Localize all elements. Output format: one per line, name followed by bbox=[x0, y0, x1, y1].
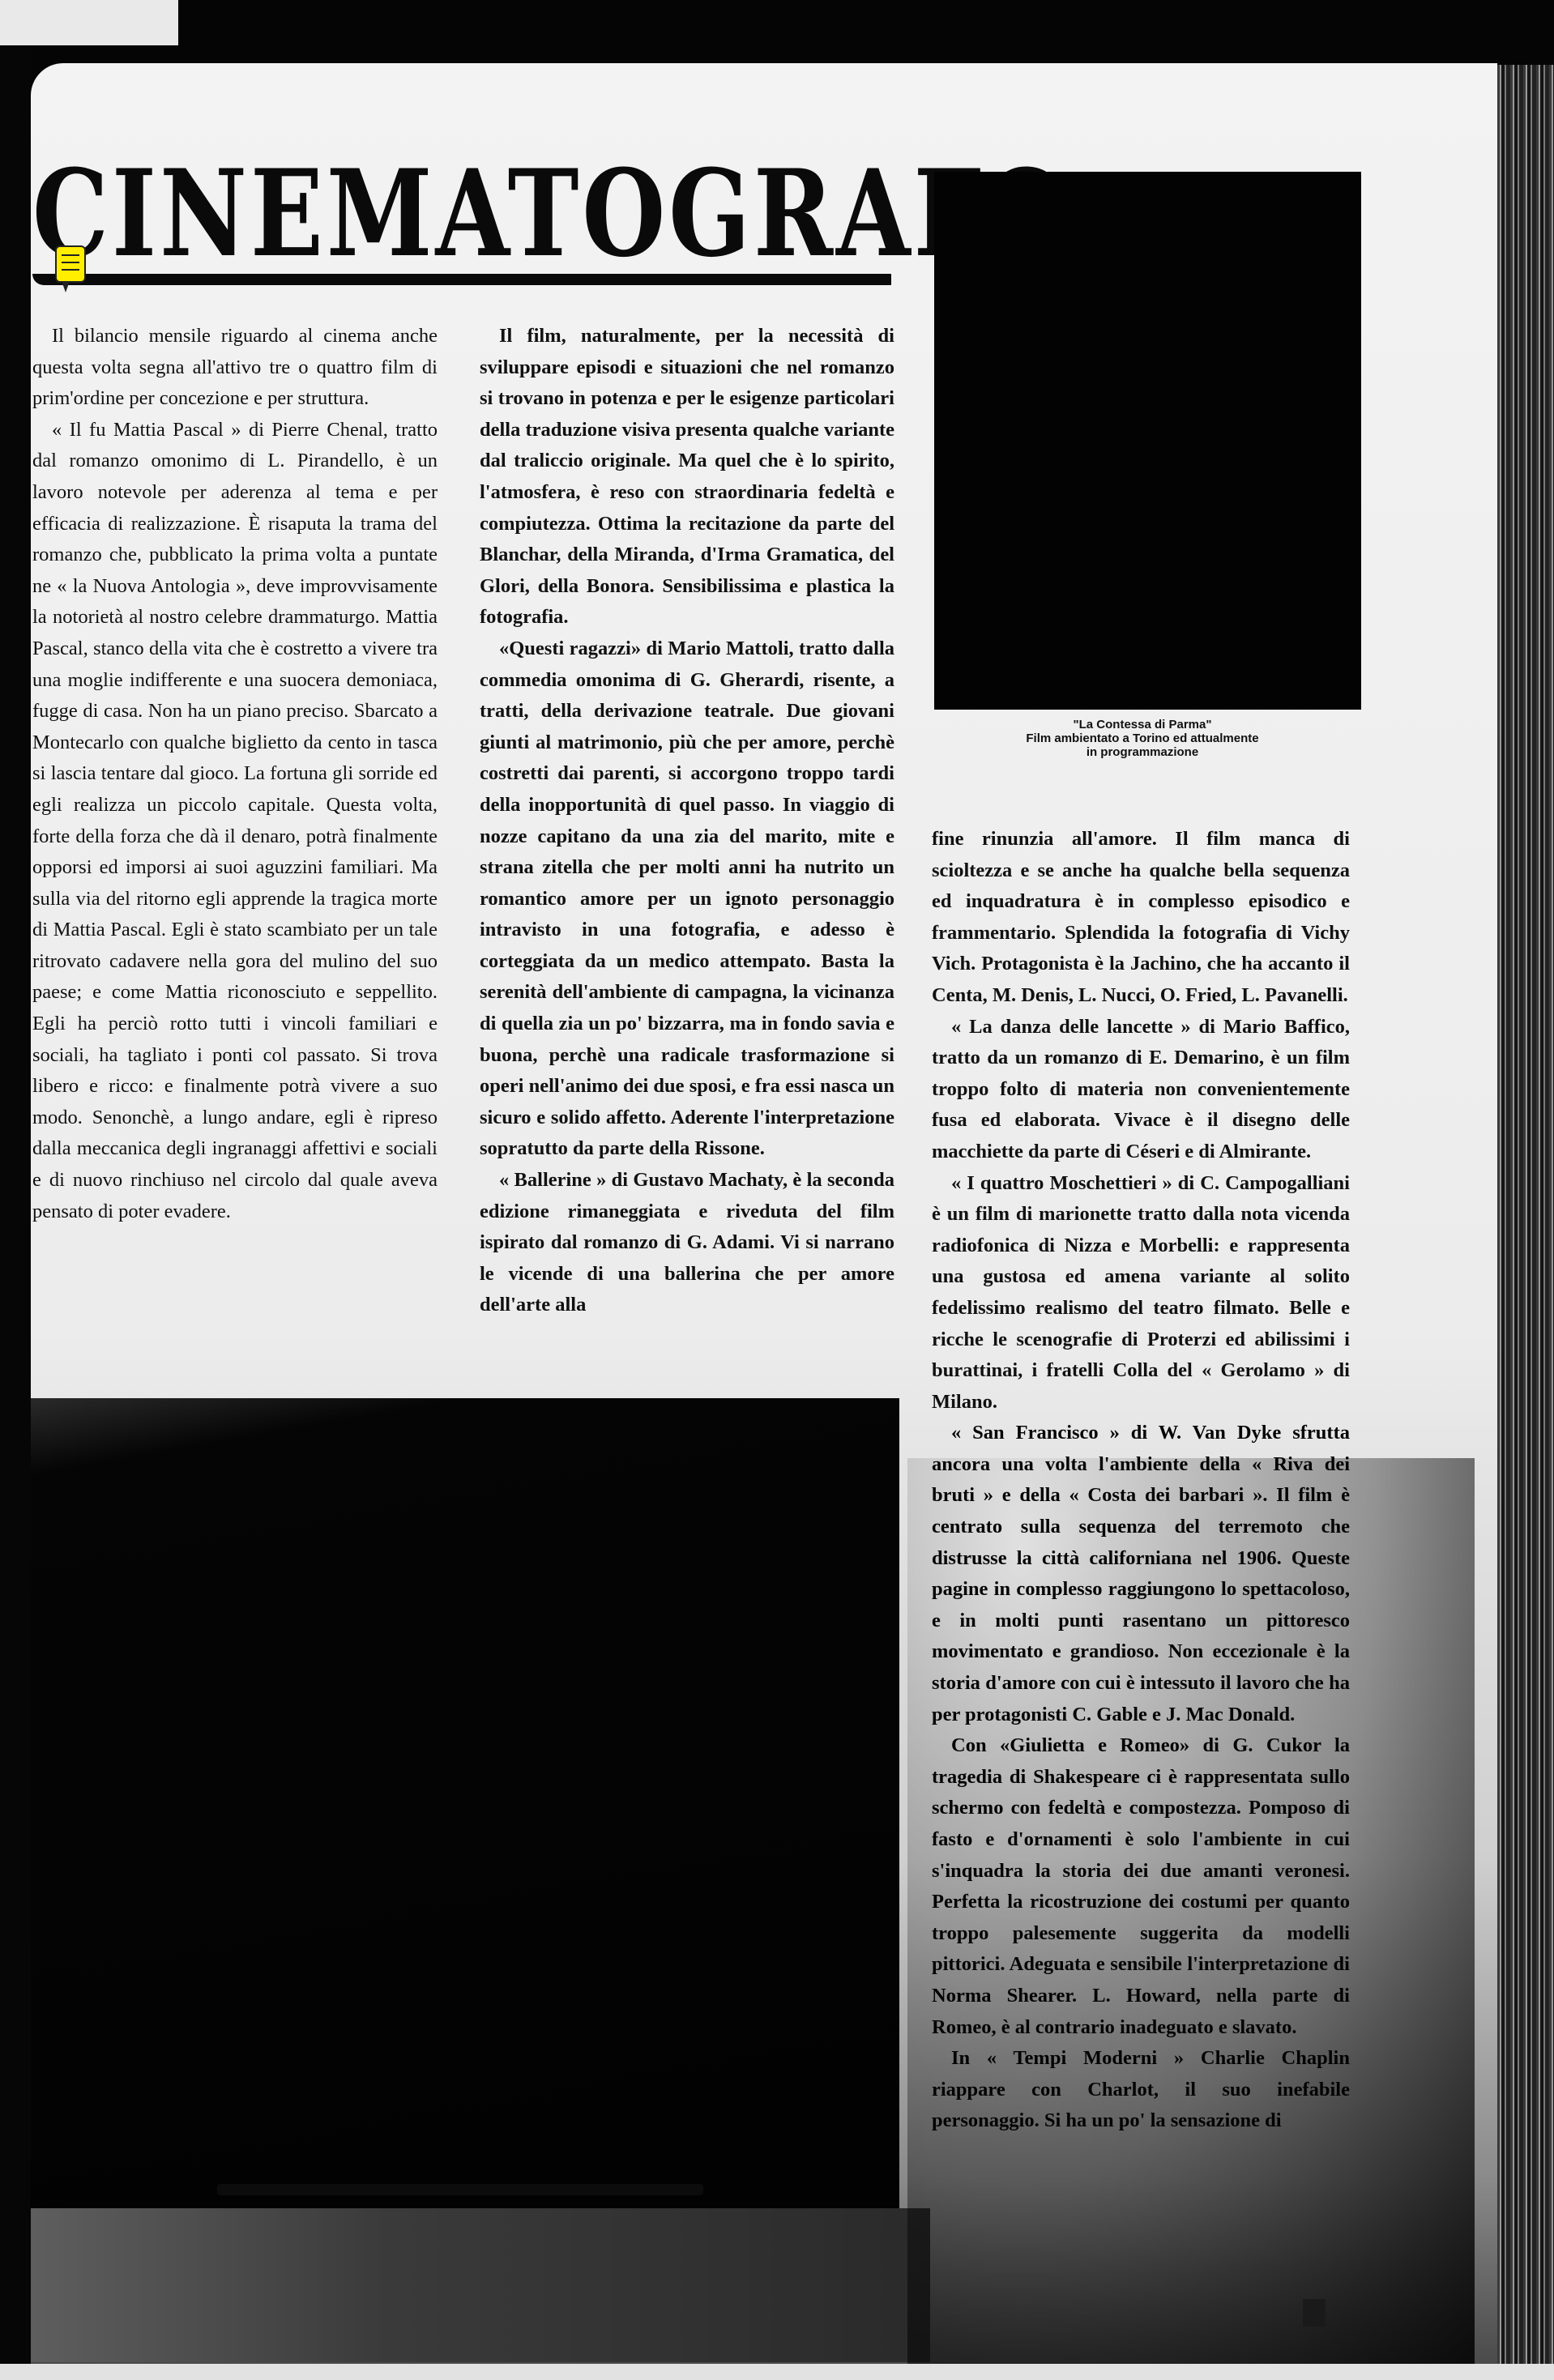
masthead: CINEMATOGRAFO bbox=[32, 138, 891, 267]
paragraph: « Ballerine » di Gustavo Machaty, è la s… bbox=[480, 1165, 894, 1321]
caption-line: Film ambientato a Torino ed attualmente bbox=[932, 731, 1353, 745]
scan-border-bottom bbox=[0, 2364, 1554, 2380]
title-rule bbox=[32, 274, 891, 285]
page-number: 51 bbox=[1303, 2299, 1326, 2327]
scan-border-left bbox=[0, 49, 31, 2380]
article-column-2: Il film, naturalmente, per la necessità … bbox=[480, 321, 894, 1321]
photo-caption-bottom: (illegible caption) bbox=[217, 2184, 703, 2195]
paragraph: fine rinunzia all'amore. Il film manca d… bbox=[932, 824, 1350, 1012]
film-still-photo-bottom bbox=[31, 1398, 899, 2208]
paragraph: In « Tempi Moderni » Charlie Chaplin ria… bbox=[932, 2043, 1350, 2137]
article-column-3: fine rinunzia all'amore. Il film manca d… bbox=[932, 824, 1350, 2137]
article-column-1: Il bilancio mensile riguardo al cinema a… bbox=[32, 321, 438, 1227]
caption-line: "La Contessa di Parma" bbox=[932, 718, 1353, 731]
paragraph: « Il fu Mattia Pascal » di Pierre Chenal… bbox=[32, 415, 438, 1227]
page-title: CINEMATOGRAFO bbox=[32, 138, 1071, 290]
paragraph: Con «Giulietta e Romeo» di G. Cukor la t… bbox=[932, 1730, 1350, 2043]
paragraph: « I quattro Moschettieri » di C. Campoga… bbox=[932, 1168, 1350, 1418]
caption-line: in programmazione bbox=[932, 745, 1353, 759]
paragraph: Il film, naturalmente, per la necessità … bbox=[480, 321, 894, 633]
photo-caption-top: "La Contessa di Parma" Film ambientato a… bbox=[932, 718, 1353, 759]
paragraph: « La danza delle lancette » di Mario Baf… bbox=[932, 1012, 1350, 1168]
paragraph: « San Francisco » di W. Van Dyke sfrutta… bbox=[932, 1418, 1350, 1730]
note-line bbox=[62, 269, 79, 271]
scan-border-top bbox=[0, 0, 178, 45]
note-line bbox=[62, 254, 79, 256]
note-comment-icon[interactable] bbox=[55, 245, 86, 283]
note-line bbox=[62, 262, 79, 263]
scan-border-right bbox=[1497, 65, 1554, 2380]
film-still-photo-top bbox=[934, 172, 1361, 710]
note-tail bbox=[62, 281, 70, 292]
photo-caption-bar bbox=[31, 2208, 930, 2362]
paragraph: Il bilancio mensile riguardo al cinema a… bbox=[32, 321, 438, 415]
paragraph: «Questi ragazzi» di Mario Mattoli, tratt… bbox=[480, 633, 894, 1165]
